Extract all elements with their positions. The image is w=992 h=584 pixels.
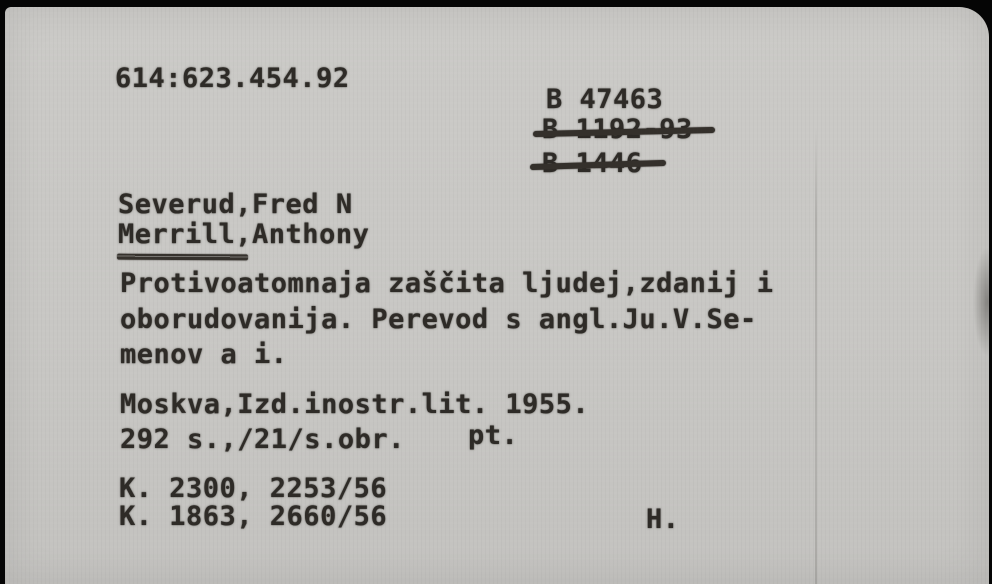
card-crease [815, 127, 817, 584]
imprint-line: Moskva,Izd.inostr.lit. 1955. [120, 389, 589, 420]
title-line-1: Protivoatomnaja zaščita ljudej,zdanij i [120, 268, 773, 299]
classification-number: 614:623.454.92 [115, 63, 350, 94]
title-line-2: oborudovanija. Perevod s angl.Ju.V.Se- [120, 304, 757, 335]
collation-line: 292 s.,/21/s.obr. [120, 424, 405, 455]
author-name-2: Merrill,Anthony [118, 219, 369, 250]
accession-number-2: K. 1863, 2660/56 [119, 501, 387, 532]
author-name-1: Severud,Fred N [118, 189, 353, 220]
title-line-3: menov a i. [120, 339, 288, 370]
edge-smudge [973, 247, 989, 357]
handwritten-letter-note: H. [646, 504, 680, 535]
call-number-current: B 47463 [546, 84, 663, 115]
photo-background: 614:623.454.92 B 47463 B 1192-93 B 1446 … [0, 0, 992, 584]
accession-number-1: K. 2300, 2253/56 [119, 473, 387, 504]
author-underline-mark [117, 254, 248, 261]
library-catalog-card: 614:623.454.92 B 47463 B 1192-93 B 1446 … [5, 7, 989, 584]
price-note: pt. [468, 420, 518, 451]
